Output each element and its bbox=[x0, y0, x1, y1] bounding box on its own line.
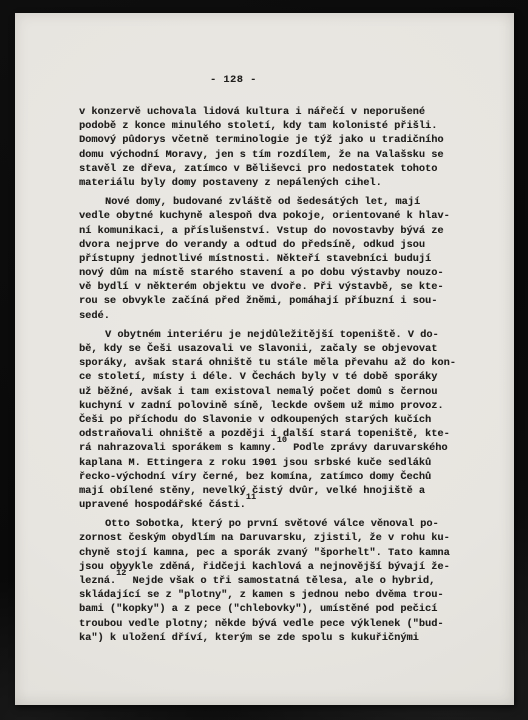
text-line: už běžné, avšak i tam existoval nemalý p… bbox=[79, 385, 461, 399]
text-line: upravené hospodářské části.11 bbox=[79, 498, 461, 512]
text-line: bami ("kopky") a z pece ("chlebovky"), u… bbox=[79, 602, 461, 616]
text-line: bě, kdy se Češi usazovali ve Slavonii, z… bbox=[79, 342, 461, 356]
text-line: Domový půdorys včetně terminologie je tý… bbox=[79, 133, 461, 147]
footnote-ref: 10 bbox=[277, 435, 287, 445]
body-text: v konzervě uchovala lidová kultura i nář… bbox=[79, 105, 461, 650]
text-line: rou se obvykle začíná před žněmi, pomáha… bbox=[79, 294, 461, 308]
text-line: sedé. bbox=[79, 309, 461, 323]
text-line: skládající se z "plotny", z kamen s jedn… bbox=[79, 588, 461, 602]
text-line: v konzervě uchovala lidová kultura i nář… bbox=[79, 105, 461, 119]
text-line: Otto Sobotka, který po první světové vál… bbox=[79, 517, 461, 531]
scanned-page: - 128 - v konzervě uchovala lidová kultu… bbox=[15, 13, 514, 705]
paragraph: v konzervě uchovala lidová kultura i nář… bbox=[79, 105, 461, 190]
text-line: ní komunikaci, a příslušenství. Vstup do… bbox=[79, 224, 461, 238]
text-line: nový dům na místě starého stavení a po d… bbox=[79, 266, 461, 280]
text-line: ka") k uložení dříví, kterým se zde spol… bbox=[79, 631, 461, 645]
text-line: Nové domy, budované zvláště od šedesátýc… bbox=[79, 195, 461, 209]
text-line: vě bydlí v některém objektu ve dvoře. Př… bbox=[79, 280, 461, 294]
paragraph: Nové domy, budované zvláště od šedesátýc… bbox=[79, 195, 461, 323]
text-line: jsou obvykle zděná, řidčeji kachlová a n… bbox=[79, 560, 461, 574]
footnote-ref: 12 bbox=[116, 568, 126, 578]
paragraph: V obytném interiéru je nejdůležitější to… bbox=[79, 328, 461, 512]
text-line: troubou vedle plotny; někde bývá vedle p… bbox=[79, 617, 461, 631]
text-line: podobě z konce minulého století, kdy tam… bbox=[79, 119, 461, 133]
text-line: vedle obytné kuchyně alespoň dva pokoje,… bbox=[79, 209, 461, 223]
text-line: odstraňovali ohniště a později i další s… bbox=[79, 427, 461, 441]
text-line: dvora nejprve do verandy a odtud do před… bbox=[79, 238, 461, 252]
scan-background: - 128 - v konzervě uchovala lidová kultu… bbox=[0, 0, 528, 720]
text-line: zornost českým obydlím na Daruvarsku, zj… bbox=[79, 531, 461, 545]
text-line: kuchyní v zadní polovině síně, leckde ov… bbox=[79, 399, 461, 413]
text-line: chyně stojí kamna, pec a sporák zvaný "š… bbox=[79, 546, 461, 560]
text-line: V obytném interiéru je nejdůležitější to… bbox=[79, 328, 461, 342]
text-line: řecko-východní víry černé, bez komína, z… bbox=[79, 470, 461, 484]
text-line: mají obílené stěny, nevelký čistý dvůr, … bbox=[79, 484, 461, 498]
text-line: sporáky, avšak stará ohniště tu stále mě… bbox=[79, 356, 461, 370]
text-line: kaplana M. Ettingera z roku 1901 jsou sr… bbox=[79, 456, 461, 470]
text-line: přístupny jednotlivé místnosti. Někteří … bbox=[79, 252, 461, 266]
text-line: ce století, místy i déle. V Čechách byly… bbox=[79, 370, 461, 384]
footnote-ref: 11 bbox=[246, 492, 256, 502]
text-line: lezná.12 Nejde však o tři samostatná těl… bbox=[79, 574, 461, 588]
text-line: Češi po příchodu do Slavonie v odkoupený… bbox=[79, 413, 461, 427]
text-line: rá nahrazovali sporákem s kamny.10 Podle… bbox=[79, 441, 461, 455]
text-line: materiálu byly domy postaveny z nepálený… bbox=[79, 176, 461, 190]
text-line: stavěl ze dřeva, zatímco v Běliševci pro… bbox=[79, 162, 461, 176]
page-number: - 128 - bbox=[210, 74, 257, 86]
text-line: domu východní Moravy, jen s tím rozdílem… bbox=[79, 148, 461, 162]
paragraph: Otto Sobotka, který po první světové vál… bbox=[79, 517, 461, 645]
